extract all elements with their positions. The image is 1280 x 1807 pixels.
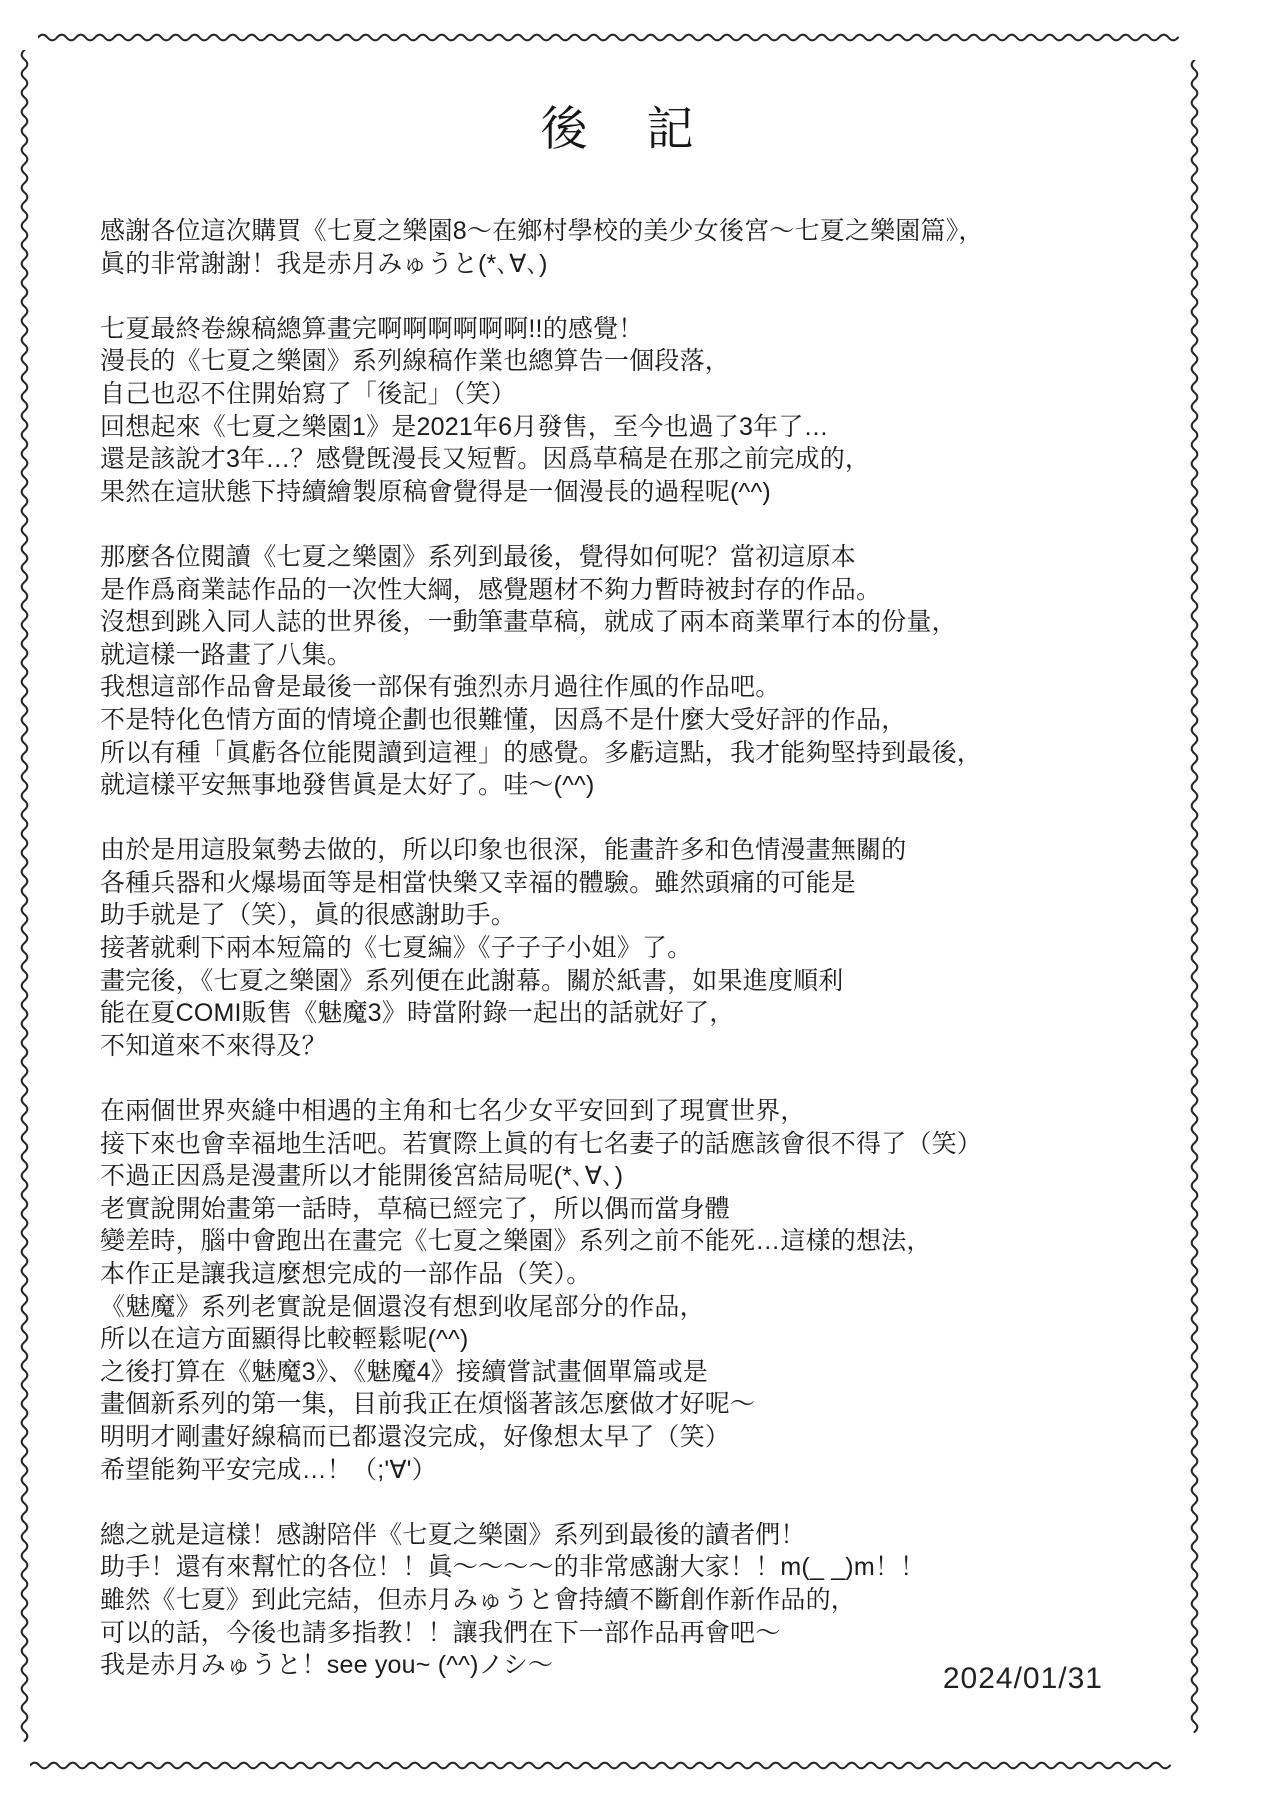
text-line: 雖然《七夏》到此完結，但赤月みゅうと會持續不斷創作新作品的， (100, 1584, 1180, 1617)
page-title: 後 記 (0, 92, 1240, 159)
text-line: 畫完後，《七夏之樂園》系列便在此謝幕。關於紙書，如果進度順利 (100, 965, 1180, 998)
text-line: 自己也忍不住開始寫了「後記」（笑） (100, 378, 1180, 411)
text-line: 所以在這方面顯得比較輕鬆呢(^^) (100, 1323, 1180, 1356)
text-line: 能在夏COMI販售《魅魔3》時當附錄一起出的話就好了， (100, 997, 1180, 1030)
text-line: 在兩個世界夾縫中相遇的主角和七名少女平安回到了現實世界， (100, 1095, 1180, 1128)
text-line: 不知道來不來得及？ (100, 1030, 1180, 1063)
text-line: 明明才剛畫好線稿而已都還沒完成，好像想太早了（笑） (100, 1421, 1180, 1454)
paragraph-farewell: 總之就是這樣！感謝陪伴《七夏之樂園》系列到最後的讀者們！ 助手！還有來幫忙的各位… (100, 1519, 1180, 1682)
wavy-border-left (18, 50, 31, 1752)
text-line: 接下來也會幸福地生活吧。若實際上眞的有七名妻子的話應該會很不得了（笑） (100, 1128, 1180, 1161)
text-line: 各種兵器和火爆場面等是相當快樂又幸福的體驗。雖然頭痛的可能是 (100, 867, 1180, 900)
text-line: 本作正是讓我這麼想完成的一部作品（笑）。 (100, 1258, 1180, 1291)
text-line: 就這樣平安無事地發售眞是太好了。哇～(^^) (100, 769, 1180, 802)
paragraph-greeting: 感謝各位這次購買《七夏之樂園8～在鄉村學校的美少女後宮～七夏之樂園篇》， 眞的非… (100, 215, 1180, 280)
paragraph-finished-lineart: 七夏最終卷線稿總算畫完啊啊啊啊啊啊!!的感覺！ 漫長的《七夏之樂園》系列線稿作業… (100, 313, 1180, 509)
text-line: 七夏最終卷線稿總算畫完啊啊啊啊啊啊!!的感覺！ (100, 313, 1180, 346)
text-line: 由於是用這股氣勢去做的，所以印象也很深，能畫許多和色情漫畫無關的 (100, 834, 1180, 867)
text-line: 變差時，腦中會跑出在畫完《七夏之樂園》系列之前不能死…這樣的想法， (100, 1225, 1180, 1258)
text-line: 《魅魔》系列老實說是個還沒有想到收尾部分的作品， (100, 1291, 1180, 1324)
text-line: 助手！還有來幫忙的各位！！眞～～～～的非常感謝大家！！m(_ _)m！！ (100, 1551, 1180, 1584)
text-line: 我想這部作品會是最後一部保有強烈赤月過往作風的作品吧。 (100, 671, 1180, 704)
wavy-border-top (38, 31, 1180, 44)
text-line: 漫長的《七夏之樂園》系列線稿作業也總算告一個段落， (100, 345, 1180, 378)
text-line: 可以的話，今後也請多指教！！讓我們在下一部作品再會吧～ (100, 1617, 1180, 1650)
text-line: 不過正因爲是漫畫所以才能開後宮結局呢(*､∀､) (100, 1160, 1180, 1193)
text-line: 沒想到跳入同人誌的世界後，一動筆畫草稿，就成了兩本商業單行本的份量， (100, 606, 1180, 639)
text-line: 所以有種「眞虧各位能閱讀到這裡」的感覺。多虧這點，我才能夠堅持到最後， (100, 737, 1180, 770)
text-line: 接著就剩下兩本短篇的《七夏編》《子子子小姐》了。 (100, 932, 1180, 965)
paragraph-ending-thoughts: 在兩個世界夾縫中相遇的主角和七名少女平安回到了現實世界， 接下來也會幸福地生活吧… (100, 1095, 1180, 1486)
text-line: 感謝各位這次購買《七夏之樂園8～在鄉村學校的美少女後宮～七夏之樂園篇》， (100, 215, 1180, 248)
text-line: 是作爲商業誌作品的一次性大綱，感覺題材不夠力暫時被封存的作品。 (100, 574, 1180, 607)
text-line: 畫個新系列的第一集，目前我正在煩惱著該怎麼做才好呢～ (100, 1388, 1180, 1421)
text-line: 那麼各位閱讀《七夏之樂園》系列到最後，覺得如何呢？當初這原本 (100, 541, 1180, 574)
date-text: 2024/01/31 (943, 1662, 1103, 1696)
text-line: 回想起來《七夏之樂園1》是2021年6月發售，至今也過了3年了… (100, 411, 1180, 444)
text-line: 助手就是了（笑），眞的很感謝助手。 (100, 899, 1180, 932)
wavy-border-bottom (30, 1759, 1172, 1772)
wavy-border-right (1188, 60, 1201, 1744)
afterword-text: 感謝各位這次購買《七夏之樂園8～在鄉村學校的美少女後宮～七夏之樂園篇》， 眞的非… (100, 215, 1180, 1682)
text-line: 果然在這狀態下持續繪製原稿會覺得是一個漫長的過程呢(^^) (100, 476, 1180, 509)
text-line: 老實說開始畫第一話時，草稿已經完了，所以偶而當身體 (100, 1193, 1180, 1226)
text-line: 就這樣一路畫了八集。 (100, 639, 1180, 672)
text-line: 還是該說才3年…？感覺旣漫長又短暫。因爲草稿是在那之前完成的， (100, 443, 1180, 476)
text-line: 不是特化色情方面的情境企劃也很難懂，因爲不是什麼大受好評的作品， (100, 704, 1180, 737)
text-line: 之後打算在《魅魔3》、《魅魔4》接續嘗試畫個單篇或是 (100, 1356, 1180, 1389)
text-line: 眞的非常謝謝！我是赤月みゅうと(*､∀､) (100, 248, 1180, 281)
text-line: 總之就是這樣！感謝陪伴《七夏之樂園》系列到最後的讀者們！ (100, 1519, 1180, 1552)
paragraph-thanks-assistant: 由於是用這股氣勢去做的，所以印象也很深，能畫許多和色情漫畫無關的 各種兵器和火爆… (100, 834, 1180, 1062)
text-line: 希望能夠平安完成…！（;'∀'） (100, 1454, 1180, 1487)
paragraph-series-history: 那麼各位閱讀《七夏之樂園》系列到最後，覺得如何呢？當初這原本 是作爲商業誌作品的… (100, 541, 1180, 802)
